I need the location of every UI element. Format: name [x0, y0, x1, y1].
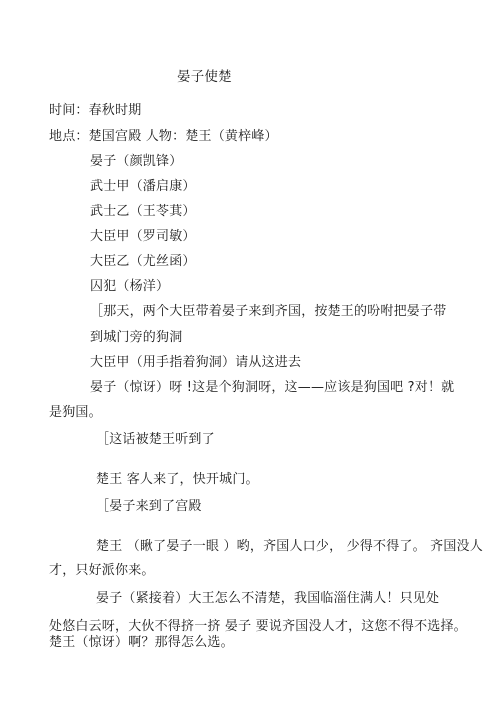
dialogue-line: 楚王 （瞅了晏子一眼 ）哟，齐国人口少， 少得不得了。 齐国没人: [96, 539, 483, 555]
dialogue-line-cont: 是狗国。: [49, 405, 102, 421]
dialogue-line: 楚王（惊讶）啊？那得怎么选。: [49, 635, 234, 651]
place-cast-line: 地点：楚国宫殿 人物：楚王（黄梓峰）: [49, 129, 278, 145]
stage-direction: ［这话被楚王听到了: [96, 432, 215, 448]
cast-item: 武士甲（潘启康）: [90, 179, 196, 195]
dialogue-line-cont: 才，只好派你来。: [49, 563, 155, 579]
dialogue-line: 楚王 客人来了，快开城门。: [96, 472, 259, 488]
cast-item: 囚犯（杨洋）: [90, 279, 169, 295]
dialogue-line: 晏子（紧接着）大王怎么不清楚，我国临淄住满人！只见处: [96, 591, 439, 607]
cast-item: 武士乙（王苓萁）: [90, 204, 196, 220]
stage-direction: ［晏子来到了宫殿: [96, 499, 202, 515]
dialogue-line-cont: 处悠白云呀，大伙不得挤一挤 晏子 要说齐国没人才，这您不得不选择。: [49, 619, 467, 635]
stage-direction-cont: 到城门旁的狗洞: [90, 330, 182, 346]
document-title: 晏子使楚: [177, 69, 232, 85]
dialogue-line: 大臣甲（用手指着狗洞）请从这进去: [90, 355, 301, 371]
dialogue-line: 晏子（惊讶）呀 !这是个狗洞呀，这——应该是狗国吧 ?对！就: [90, 380, 454, 396]
cast-item: 晏子（颜凯锋）: [90, 154, 182, 170]
cast-item: 大臣乙（尤丝函）: [90, 254, 196, 270]
time-line: 时间：春秋时期: [49, 103, 141, 119]
cast-item: 大臣甲（罗司敏）: [90, 229, 196, 245]
stage-direction: ［那天，两个大臣带着晏子来到齐国，按楚王的吩咐把晏子带: [90, 304, 446, 320]
